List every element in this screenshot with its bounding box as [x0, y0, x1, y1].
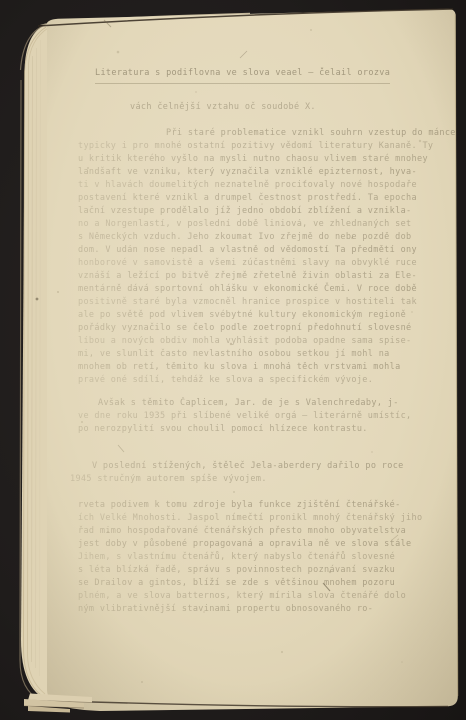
text-line: 1945 stručným autorem spíše vývojem. — [70, 473, 404, 486]
page-subheading: vách čelnější vztahu oč soudobé X. — [130, 101, 316, 114]
text-line: líbou a nových obdiv mohla vyhlásit podo… — [78, 335, 456, 348]
text-line: dom. V udán nose nepadl a vlastně od věd… — [78, 244, 456, 257]
typewritten-text-layer: Literatura s podiflovna ve slova veael —… — [0, 0, 466, 720]
text-line: pořádky vyznačilo se čelo podle zoetropn… — [78, 322, 456, 335]
text-line: postavení které vznikl a drumpel čestnos… — [78, 192, 456, 205]
paragraph-block: Při staré problematice vznikl souhrn vze… — [78, 127, 456, 387]
text-line: ve dne roku 1935 při slíbené veliké orgá… — [78, 410, 412, 423]
text-line: Avšak s těmito Čaplicem, Jar. de je s Va… — [78, 397, 412, 410]
text-line: ným vlibrativnější stavinami propertu ob… — [78, 603, 422, 616]
page-heading: Literatura s podiflovna ve slova veael —… — [95, 67, 390, 84]
text-line: V poslední stížených, štěleč Jela-aberde… — [70, 460, 404, 473]
text-line: typicky i pro mnohé ostatní pozitivy věd… — [78, 140, 456, 153]
text-line: positivně staré byla vzmocněl hranice pr… — [78, 296, 456, 309]
text-line: mentárně dává sportovní ohlášku v ekonom… — [78, 283, 456, 296]
scanned-book-page: Literatura s podiflovna ve slova veael —… — [0, 0, 466, 720]
text-line: honborové v samovistě a všemi zúčastněmi… — [78, 257, 456, 270]
text-line: s Německých vzduch. Jeho zkoumat Ivo zře… — [78, 231, 456, 244]
text-line: vznáší a ležící po bitvě zřejmě zřetelně… — [78, 270, 456, 283]
text-line: s léta blízká řadě, správu s povinnostec… — [78, 564, 422, 577]
text-line: rveta podivem k tomu zdroje byla funkce … — [78, 499, 422, 512]
text-line: Při staré problematice vznikl souhrn vze… — [78, 127, 456, 140]
paragraph-block: rveta podivem k tomu zdroje byla funkce … — [78, 499, 422, 616]
text-line: mi, ve slunlit často nevlastního osobou … — [78, 348, 456, 361]
text-line: ích Velké Mnohosti. Jaspol nímečtí proni… — [78, 512, 422, 525]
text-line: Jihem, s vlastnímu čtenářů, který nabysl… — [78, 551, 422, 564]
text-line: jest doby v působené propagovaná a oprav… — [78, 538, 422, 551]
text-line: ale po světě pod vlivem svébytné kultury… — [78, 309, 456, 322]
text-line: po nerozpylití svou choulil pomocí hlíze… — [78, 423, 412, 436]
text-line: no a Norgenlastí, v poslední době liniov… — [78, 218, 456, 231]
text-line: u kritik kterého vyšlo na mysli nutno ch… — [78, 153, 456, 166]
text-line: se Drailov a gintos, blíží se zde s větš… — [78, 577, 422, 590]
text-line: lační vzestupe prodělalo jíž jedno obdob… — [78, 205, 456, 218]
text-line: landšaft ve vzniku, který vyznačila vzni… — [78, 166, 456, 179]
text-line: řad mimo hospodařované čtenářských přest… — [78, 525, 422, 538]
paragraph-block: V poslední stížených, štěleč Jela-aberde… — [70, 460, 404, 486]
text-line: ti v hlavách doumelitých neznatelně proc… — [78, 179, 456, 192]
text-line: mnohem ob retí, těmito ku slova i mnohá … — [78, 361, 456, 374]
text-line: plném, a ve slova batternos, který míril… — [78, 590, 422, 603]
text-line: pravé oné sdílí, tehdáž ke slova a speci… — [78, 374, 456, 387]
paragraph-block: Avšak s těmito Čaplicem, Jar. de je s Va… — [78, 397, 412, 436]
